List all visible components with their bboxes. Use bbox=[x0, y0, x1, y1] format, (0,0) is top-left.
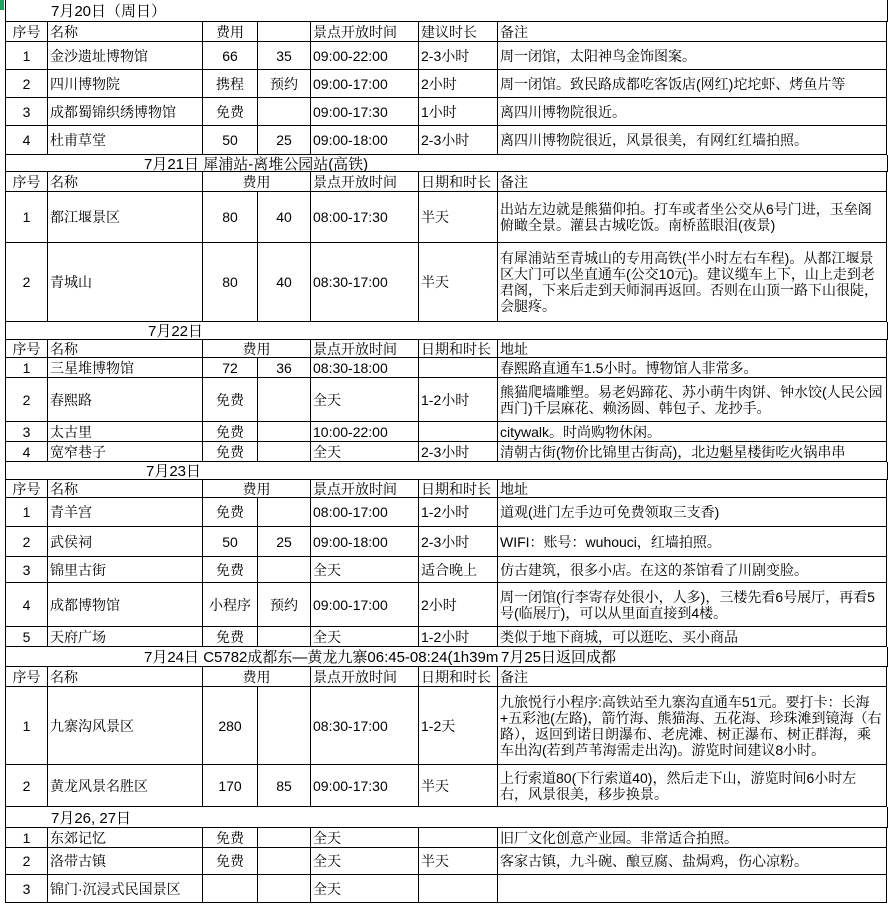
cell-name[interactable]: 洛带古镇 bbox=[48, 848, 203, 875]
header-open-time[interactable]: 景点开放时间 bbox=[311, 480, 419, 498]
cell-duration[interactable]: 1小时 bbox=[419, 98, 498, 126]
cell-open-time[interactable]: 09:00-17:30 bbox=[311, 98, 419, 126]
cell-seq[interactable]: 4 bbox=[6, 583, 48, 627]
cell-duration[interactable]: 2-3小时 bbox=[419, 527, 498, 557]
cell-remark[interactable]: 客家古镇，九斗碗、酿豆腐、盐焗鸡，伤心凉粉。 bbox=[498, 848, 887, 875]
cell-fee[interactable]: 免费 bbox=[203, 557, 258, 583]
cell-duration[interactable]: 1-2小时 bbox=[419, 498, 498, 527]
table-row: 3锦里古街免费全天适合晚上仿古建筑，很多小店。在这的茶馆看了川剧变脸。 bbox=[6, 557, 888, 583]
header-duration[interactable]: 日期和时长 bbox=[419, 480, 498, 498]
table-row: 1青羊宫免费08:00-17:001-2小时道观(进门左手边可免费领取三支香) bbox=[6, 498, 888, 527]
header-remark[interactable]: 地址 bbox=[498, 480, 887, 498]
header-fee[interactable]: 费用 bbox=[203, 480, 311, 498]
itinerary-table: 7月20日（周日）序号名称费用景点开放时间建议时长备注1金沙遗址博物馆66350… bbox=[5, 0, 888, 903]
section-title[interactable]: 7月22日 bbox=[6, 320, 203, 341]
cell-name[interactable]: 宽窄巷子 bbox=[48, 442, 203, 462]
cell-seq[interactable]: 3 bbox=[6, 422, 48, 442]
sheet-corner-mark-icon bbox=[0, 0, 4, 10]
header-name[interactable]: 名称 bbox=[48, 667, 203, 687]
spreadsheet-page: 7月20日（周日）序号名称费用景点开放时间建议时长备注1金沙遗址博物馆66350… bbox=[0, 0, 891, 912]
header-row: 序号名称费用景点开放时间日期和时长地址 bbox=[6, 340, 888, 358]
cell-duration[interactable]: 1-2小时 bbox=[419, 378, 498, 422]
cell-fee-discount[interactable]: 25 bbox=[258, 527, 311, 557]
cell-seq[interactable]: 2 bbox=[6, 765, 48, 807]
header-duration[interactable]: 建议时长 bbox=[419, 22, 498, 42]
cell-fee-discount[interactable] bbox=[258, 422, 311, 442]
table-row: 4宽窄巷子免费全天2-3小时清朝古街(物价比锦里古街高)，北边魁星楼街吃火锅串串 bbox=[6, 442, 888, 462]
cell-remark[interactable]: WIFI：账号：wuhouci，红墙拍照。 bbox=[498, 527, 887, 557]
cell-fee-discount[interactable]: 36 bbox=[258, 358, 311, 378]
cell-name[interactable]: 青羊宫 bbox=[48, 498, 203, 527]
cell-name[interactable]: 成都博物馆 bbox=[48, 583, 203, 627]
cell-fee[interactable]: 80 bbox=[203, 192, 258, 243]
cell-duration[interactable]: 2-3小时 bbox=[419, 126, 498, 155]
cell-fee[interactable]: 280 bbox=[203, 687, 258, 765]
cell-open-time[interactable]: 全天 bbox=[311, 627, 419, 647]
table-row: 1都江堰景区804008:00-17:30半天出站左边就是熊猫仰拍。打车或者坐公… bbox=[6, 192, 888, 243]
cell-duration[interactable] bbox=[419, 828, 498, 848]
section-title-row[interactable]: 7月21日 犀浦站-离堆公园站(高铁) bbox=[6, 155, 888, 172]
header-seq[interactable]: 序号 bbox=[6, 480, 48, 498]
section-title-row[interactable]: 7月22日 bbox=[6, 322, 888, 340]
header-fee[interactable]: 费用 bbox=[203, 172, 311, 192]
section-title-row[interactable]: 7月24日 C5782成都东—黄龙九寨06:45-08:24(1h39m7月25… bbox=[6, 647, 888, 667]
header-row: 序号名称费用景点开放时间日期和时长备注 bbox=[6, 667, 888, 687]
header-duration[interactable]: 日期和时长 bbox=[419, 667, 498, 687]
cell-fee-discount[interactable]: 35 bbox=[258, 42, 311, 70]
cell-remark[interactable]: 周一闭馆，太阳神鸟金饰图案。 bbox=[498, 42, 887, 70]
header-name[interactable]: 名称 bbox=[48, 480, 203, 498]
table-row: 2春熙路免费全天1-2小时熊猫爬墙雕塑。易老妈蹄花、苏小萌牛肉饼、钟水饺(人民公… bbox=[6, 378, 888, 422]
header-remark[interactable]: 备注 bbox=[498, 667, 887, 687]
cell-remark[interactable]: 类似于地下商城，可以逛吃、买小商品 bbox=[498, 627, 887, 647]
cell-duration[interactable]: 2小时 bbox=[419, 70, 498, 98]
cell-name[interactable]: 九寨沟风景区 bbox=[48, 687, 203, 765]
cell-duration[interactable]: 1-2小时 bbox=[419, 627, 498, 647]
cell-fee[interactable]: 66 bbox=[203, 42, 258, 70]
cell-seq[interactable]: 2 bbox=[6, 527, 48, 557]
cell-fee-discount[interactable] bbox=[258, 828, 311, 848]
header-seq[interactable]: 序号 bbox=[6, 172, 48, 192]
section-title[interactable]: 7月23日 bbox=[6, 460, 201, 481]
cell-open-time[interactable]: 全天 bbox=[311, 828, 419, 848]
header-open-time[interactable]: 景点开放时间 bbox=[311, 340, 419, 358]
table-row: 2洛带古镇免费全天半天客家古镇，九斗碗、酿豆腐、盐焗鸡，伤心凉粉。 bbox=[6, 848, 888, 875]
cell-fee-discount[interactable]: 25 bbox=[258, 126, 311, 155]
cell-remark[interactable]: 离四川博物院很近，风景很美，有网红红墙拍照。 bbox=[498, 126, 887, 155]
cell-seq[interactable]: 1 bbox=[6, 498, 48, 527]
cell-seq[interactable]: 2 bbox=[6, 70, 48, 98]
cell-open-time[interactable]: 10:00-22:00 bbox=[311, 422, 419, 442]
cell-seq[interactable]: 2 bbox=[6, 848, 48, 875]
cell-duration[interactable]: 半天 bbox=[419, 243, 498, 322]
cell-open-time[interactable]: 09:00-17:00 bbox=[311, 583, 419, 627]
cell-name[interactable]: 太古里 bbox=[48, 422, 203, 442]
header-open-time[interactable]: 景点开放时间 bbox=[311, 667, 419, 687]
cell-open-time[interactable]: 全天 bbox=[311, 442, 419, 462]
table-row: 2青城山804008:30-17:00半天有犀浦站至青城山的专用高铁(半小时左右… bbox=[6, 243, 888, 322]
cell-remark[interactable]: 仿古建筑，很多小店。在这的茶馆看了川剧变脸。 bbox=[498, 557, 887, 583]
cell-seq[interactable]: 2 bbox=[6, 378, 48, 422]
cell-fee[interactable]: 170 bbox=[203, 765, 258, 807]
header-open-time[interactable]: 景点开放时间 bbox=[311, 22, 419, 42]
cell-duration[interactable] bbox=[419, 422, 498, 442]
cell-fee[interactable]: 免费 bbox=[203, 627, 258, 647]
cell-open-time[interactable]: 09:00-17:30 bbox=[311, 765, 419, 807]
section-title[interactable]: 7月20日（周日） bbox=[6, 0, 166, 21]
header-open-time[interactable]: 景点开放时间 bbox=[311, 172, 419, 192]
cell-open-time[interactable]: 08:30-18:00 bbox=[311, 358, 419, 378]
cell-name[interactable]: 黄龙风景名胜区 bbox=[48, 765, 203, 807]
cell-fee-discount[interactable] bbox=[258, 442, 311, 462]
cell-fee[interactable]: 72 bbox=[203, 358, 258, 378]
cell-name[interactable]: 锦门·沉浸式民国景区 bbox=[48, 875, 203, 903]
cell-name[interactable]: 天府广场 bbox=[48, 627, 203, 647]
cell-open-time[interactable]: 09:00-18:00 bbox=[311, 126, 419, 155]
section-title-row[interactable]: 7月26, 27日 bbox=[6, 807, 888, 828]
cell-fee-discount[interactable] bbox=[258, 627, 311, 647]
cell-open-time[interactable]: 08:30-17:00 bbox=[311, 243, 419, 322]
cell-name[interactable]: 杜甫草堂 bbox=[48, 126, 203, 155]
cell-seq[interactable]: 1 bbox=[6, 192, 48, 243]
cell-name[interactable]: 三星堆博物馆 bbox=[48, 358, 203, 378]
cell-remark[interactable]: 上行索道80(下行索道40)，然后走下山，游览时间6小时左右，风景很美，移步换景… bbox=[498, 765, 887, 807]
cell-fee-discount[interactable] bbox=[258, 378, 311, 422]
header-name[interactable]: 名称 bbox=[48, 172, 203, 192]
table-row: 3太古里免费10:00-22:00citywalk。时尚购物休闲。 bbox=[6, 422, 888, 442]
header-row: 序号名称费用景点开放时间建议时长备注 bbox=[6, 22, 888, 42]
cell-remark[interactable]: citywalk。时尚购物休闲。 bbox=[498, 422, 887, 442]
cell-remark[interactable]: 道观(进门左手边可免费领取三支香) bbox=[498, 498, 887, 527]
cell-seq[interactable]: 1 bbox=[6, 358, 48, 378]
cell-duration[interactable] bbox=[419, 358, 498, 378]
cell-open-time[interactable]: 09:00-17:00 bbox=[311, 70, 419, 98]
cell-fee-discount[interactable] bbox=[258, 98, 311, 126]
cell-name[interactable]: 东郊记忆 bbox=[48, 828, 203, 848]
cell-seq[interactable]: 1 bbox=[6, 828, 48, 848]
cell-remark[interactable]: 离四川博物院很近。 bbox=[498, 98, 887, 126]
cell-fee[interactable]: 免费 bbox=[203, 378, 258, 422]
table-row: 2武侯祠502509:00-18:002-3小时WIFI：账号：wuhouci，… bbox=[6, 527, 888, 557]
cell-open-time[interactable]: 全天 bbox=[311, 378, 419, 422]
header-fee[interactable]: 费用 bbox=[203, 22, 258, 42]
section-title[interactable]: 7月21日 犀浦站-离堆公园站(高铁) bbox=[6, 153, 368, 174]
header-row: 序号名称费用景点开放时间日期和时长备注 bbox=[6, 172, 888, 192]
cell-name[interactable]: 春熙路 bbox=[48, 378, 203, 422]
cell-duration[interactable]: 2小时 bbox=[419, 583, 498, 627]
header-row: 序号名称费用景点开放时间日期和时长地址 bbox=[6, 480, 888, 498]
cell-fee-discount[interactable]: 40 bbox=[258, 243, 311, 322]
cell-remark[interactable]: 周一闭馆(行李寄存处很小，人多)，三楼先看6号展厅，再看5号(临展厅)，可以从里… bbox=[498, 583, 887, 627]
cell-fee-discount[interactable] bbox=[258, 687, 311, 765]
table-row: 2黄龙风景名胜区1708509:00-17:30半天上行索道80(下行索道40)… bbox=[6, 765, 888, 807]
cell-remark[interactable]: 九旅悦行小程序:高铁站至九寨沟直通车51元。要打卡：长海+五彩池(左路)，箭竹海… bbox=[498, 687, 887, 765]
cell-name[interactable]: 都江堰景区 bbox=[48, 192, 203, 243]
cell-open-time[interactable]: 08:00-17:00 bbox=[311, 498, 419, 527]
cell-open-time[interactable]: 08:30-17:00 bbox=[311, 687, 419, 765]
cell-fee-discount[interactable] bbox=[258, 848, 311, 875]
cell-duration[interactable]: 2-3小时 bbox=[419, 442, 498, 462]
table-row: 1金沙遗址博物馆663509:00-22:002-3小时周一闭馆，太阳神鸟金饰图… bbox=[6, 42, 888, 70]
cell-fee[interactable]: 免费 bbox=[203, 848, 258, 875]
cell-fee[interactable]: 免费 bbox=[203, 98, 258, 126]
cell-duration[interactable]: 半天 bbox=[419, 192, 498, 243]
cell-open-time[interactable]: 09:00-18:00 bbox=[311, 527, 419, 557]
section-title-right[interactable]: 7月25日返回成都 bbox=[498, 646, 616, 667]
cell-remark[interactable] bbox=[498, 875, 887, 903]
cell-open-time[interactable]: 全天 bbox=[311, 557, 419, 583]
header-fee[interactable]: 费用 bbox=[203, 340, 311, 358]
cell-seq[interactable]: 1 bbox=[6, 687, 48, 765]
header-duration[interactable]: 日期和时长 bbox=[419, 340, 498, 358]
cell-name[interactable]: 锦里古街 bbox=[48, 557, 203, 583]
header-seq[interactable]: 序号 bbox=[6, 667, 48, 687]
cell-name[interactable]: 四川博物院 bbox=[48, 70, 203, 98]
cell-seq[interactable]: 3 bbox=[6, 98, 48, 126]
header-duration[interactable]: 日期和时长 bbox=[419, 172, 498, 192]
cell-fee[interactable]: 免费 bbox=[203, 498, 258, 527]
cell-seq[interactable]: 3 bbox=[6, 557, 48, 583]
cell-fee[interactable] bbox=[203, 875, 258, 903]
cell-open-time[interactable]: 全天 bbox=[311, 848, 419, 875]
cell-fee[interactable]: 50 bbox=[203, 126, 258, 155]
cell-fee[interactable]: 80 bbox=[203, 243, 258, 322]
header-name[interactable]: 名称 bbox=[48, 340, 203, 358]
cell-seq[interactable]: 5 bbox=[6, 627, 48, 647]
table-row: 5天府广场免费全天1-2小时类似于地下商城，可以逛吃、买小商品 bbox=[6, 627, 888, 647]
section-title-row[interactable]: 7月23日 bbox=[6, 462, 888, 480]
cell-fee-discount[interactable]: 预约 bbox=[258, 70, 311, 98]
cell-remark[interactable]: 出站左边就是熊猫仰拍。打车或者坐公交从6号门进，玉垒阁俯瞰全景。灌县古城吃饭。南… bbox=[498, 192, 887, 243]
cell-fee[interactable]: 携程 bbox=[203, 70, 258, 98]
cell-fee[interactable]: 免费 bbox=[203, 442, 258, 462]
header-remark[interactable]: 备注 bbox=[498, 22, 887, 42]
cell-name[interactable]: 金沙遗址博物馆 bbox=[48, 42, 203, 70]
table-row: 2四川博物院携程预约09:00-17:002小时周一闭馆。致民路成都吃客饭店(网… bbox=[6, 70, 888, 98]
table-row: 3成都蜀锦织绣博物馆免费09:00-17:301小时离四川博物院很近。 bbox=[6, 98, 888, 126]
cell-seq[interactable]: 3 bbox=[6, 875, 48, 903]
header-fee-blank[interactable] bbox=[258, 22, 311, 42]
header-fee[interactable]: 费用 bbox=[203, 667, 311, 687]
cell-fee[interactable]: 小程序 bbox=[203, 583, 258, 627]
cell-duration[interactable]: 半天 bbox=[419, 765, 498, 807]
cell-seq[interactable]: 4 bbox=[6, 442, 48, 462]
section-title[interactable]: 7月26, 27日 bbox=[6, 807, 131, 828]
section-title[interactable]: 7月24日 C5782成都东—黄龙九寨06:45-08:24(1h39m bbox=[6, 646, 498, 667]
cell-fee[interactable]: 免费 bbox=[203, 828, 258, 848]
table-row: 1东郊记忆免费全天旧厂文化创意产业园。非常适合拍照。 bbox=[6, 828, 888, 848]
cell-remark[interactable]: 春熙路直通车1.5小时。博物馆人非常多。 bbox=[498, 358, 887, 378]
cell-fee-discount[interactable] bbox=[258, 557, 311, 583]
header-remark[interactable]: 备注 bbox=[498, 172, 887, 192]
cell-fee[interactable]: 免费 bbox=[203, 422, 258, 442]
cell-seq[interactable]: 4 bbox=[6, 126, 48, 155]
cell-seq[interactable]: 2 bbox=[6, 243, 48, 322]
cell-remark[interactable]: 周一闭馆。致民路成都吃客饭店(网红)坨坨虾、烤鱼片等 bbox=[498, 70, 887, 98]
table-row: 4成都博物馆小程序预约09:00-17:002小时周一闭馆(行李寄存处很小，人多… bbox=[6, 583, 888, 627]
cell-seq[interactable]: 1 bbox=[6, 42, 48, 70]
cell-open-time[interactable]: 09:00-22:00 bbox=[311, 42, 419, 70]
table-row: 1九寨沟风景区28008:30-17:001-2天九旅悦行小程序:高铁站至九寨沟… bbox=[6, 687, 888, 765]
cell-name[interactable]: 青城山 bbox=[48, 243, 203, 322]
cell-fee-discount[interactable] bbox=[258, 498, 311, 527]
cell-remark[interactable]: 清朝古街(物价比锦里古街高)，北边魁星楼街吃火锅串串 bbox=[498, 442, 887, 462]
cell-fee[interactable]: 50 bbox=[203, 527, 258, 557]
header-seq[interactable]: 序号 bbox=[6, 22, 48, 42]
header-name[interactable]: 名称 bbox=[48, 22, 203, 42]
cell-fee-discount[interactable] bbox=[258, 875, 311, 903]
cell-open-time[interactable]: 全天 bbox=[311, 875, 419, 903]
cell-remark[interactable]: 旧厂文化创意产业园。非常适合拍照。 bbox=[498, 828, 887, 848]
cell-duration[interactable]: 1-2天 bbox=[419, 687, 498, 765]
cell-duration[interactable]: 适合晚上 bbox=[419, 557, 498, 583]
header-seq[interactable]: 序号 bbox=[6, 340, 48, 358]
cell-remark[interactable]: 有犀浦站至青城山的专用高铁(半小时左右车程)。从都江堰景区大门可以坐直通车(公交… bbox=[498, 243, 887, 322]
cell-duration[interactable] bbox=[419, 875, 498, 903]
cell-fee-discount[interactable]: 40 bbox=[258, 192, 311, 243]
cell-fee-discount[interactable]: 预约 bbox=[258, 583, 311, 627]
cell-open-time[interactable]: 08:00-17:30 bbox=[311, 192, 419, 243]
cell-duration[interactable]: 半天 bbox=[419, 848, 498, 875]
cell-remark[interactable]: 熊猫爬墙雕塑。易老妈蹄花、苏小萌牛肉饼、钟水饺(人民公园西门)千层麻花、赖汤圆、… bbox=[498, 378, 887, 422]
section-title-row[interactable]: 7月20日（周日） bbox=[6, 0, 888, 22]
cell-duration[interactable]: 2-3小时 bbox=[419, 42, 498, 70]
table-row: 1三星堆博物馆723608:30-18:00春熙路直通车1.5小时。博物馆人非常… bbox=[6, 358, 888, 378]
header-remark[interactable]: 地址 bbox=[498, 340, 887, 358]
cell-name[interactable]: 成都蜀锦织绣博物馆 bbox=[48, 98, 203, 126]
table-row: 4杜甫草堂502509:00-18:002-3小时离四川博物院很近，风景很美，有… bbox=[6, 126, 888, 155]
table-row: 3锦门·沉浸式民国景区全天 bbox=[6, 875, 888, 903]
cell-name[interactable]: 武侯祠 bbox=[48, 527, 203, 557]
cell-fee-discount[interactable]: 85 bbox=[258, 765, 311, 807]
